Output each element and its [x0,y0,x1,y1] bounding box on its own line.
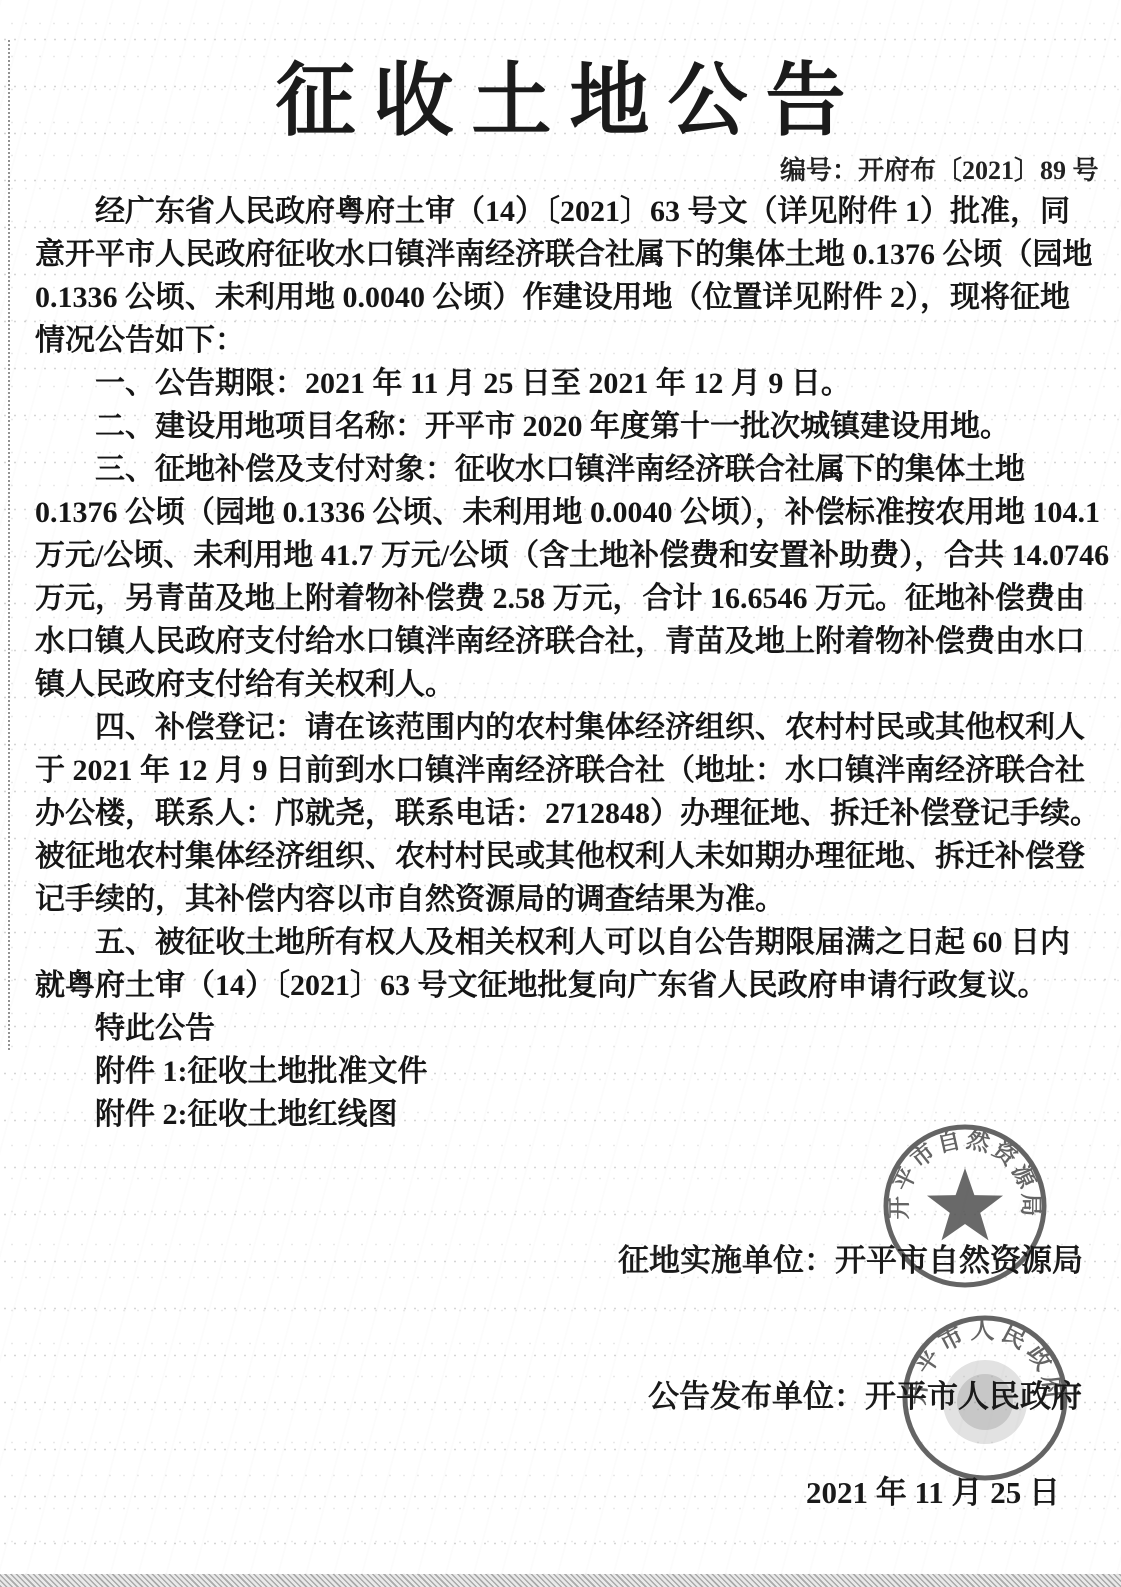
publishing-unit-line: 公告发布单位：开平市人民政府 [648,1371,1082,1416]
body-line: 记手续的，其补偿内容以市自然资源局的调查结果为准。 [35,878,1067,921]
body-line: 意开平市人民政府征收水口镇泮南经济联合社属下的集体土地 0.1376 公顷（园地 [35,233,1067,276]
body-line: 特此公告 [35,1007,1067,1050]
body-line: 办公楼，联系人：邝就尧，联系电话：2712848）办理征地、拆迁补偿登记手续。 [35,792,1067,835]
body-line: 附件 1:征收土地批准文件 [35,1050,1067,1093]
body-line: 被征地农村集体经济组织、农村村民或其他权利人未如期办理征地、拆迁补偿登 [35,835,1067,878]
body-line: 一、公告期限：2021 年 11 月 25 日至 2021 年 12 月 9 日… [35,362,1067,405]
body-line: 二、建设用地项目名称：开平市 2020 年度第十一批次城镇建设用地。 [35,405,1067,448]
body-line: 水口镇人民政府支付给水口镇泮南经济联合社，青苗及地上附着物补偿费由水口 [35,620,1067,663]
body-line: 三、征地补偿及支付对象：征收水口镇泮南经济联合社属下的集体土地 [35,448,1067,491]
body-line: 四、补偿登记：请在该范围内的农村集体经济组织、农村村民或其他权利人 [35,706,1067,749]
body-line: 经广东省人民政府粤府土审（14）〔2021〕63 号文（详见附件 1）批准，同 [35,190,1067,233]
implementing-unit-line: 征地实施单位：开平市自然资源局 [618,1235,1083,1280]
body-line: 就粤府土审（14）〔2021〕63 号文征地批复向广东省人民政府申请行政复议。 [35,964,1067,1007]
land-expropriation-announcement-page: 征收土地公告 编号：开府布〔2021〕89 号 经广东省人民政府粤府土审（14）… [0,0,1121,1587]
body-line: 万元，另青苗及地上附着物补偿费 2.58 万元，合计 16.6546 万元。征地… [35,577,1067,620]
body-line: 万元/公顷、未利用地 41.7 万元/公顷（含土地补偿费和安置补助费），合共 1… [35,534,1067,577]
body-line: 0.1336 公顷、未利用地 0.0040 公顷）作建设用地（位置详见附件 2）… [35,276,1067,319]
body-line: 于 2021 年 12 月 9 日前到水口镇泮南经济联合社（地址：水口镇泮南经济… [35,749,1067,792]
body-line: 0.1376 公顷（园地 0.1336 公顷、未利用地 0.0040 公顷），补… [35,491,1067,534]
star-icon [927,1168,1003,1240]
document-title: 征收土地公告 [0,36,1121,151]
publish-date: 2021 年 11 月 25 日 [806,1467,1060,1512]
body-line: 五、被征收土地所有权人及相关权利人可以自公告期限届满之日起 60 日内 [35,921,1067,964]
scan-left-edge-line [8,40,10,1050]
scan-bottom-edge [0,1574,1121,1587]
body-line: 镇人民政府支付给有关权利人。 [35,663,1067,706]
body-line: 情况公告如下： [35,319,1067,362]
document-body: 经广东省人民政府粤府土审（14）〔2021〕63 号文（详见附件 1）批准，同意… [35,190,1067,1136]
document-number: 编号：开府布〔2021〕89 号 [780,150,1099,187]
